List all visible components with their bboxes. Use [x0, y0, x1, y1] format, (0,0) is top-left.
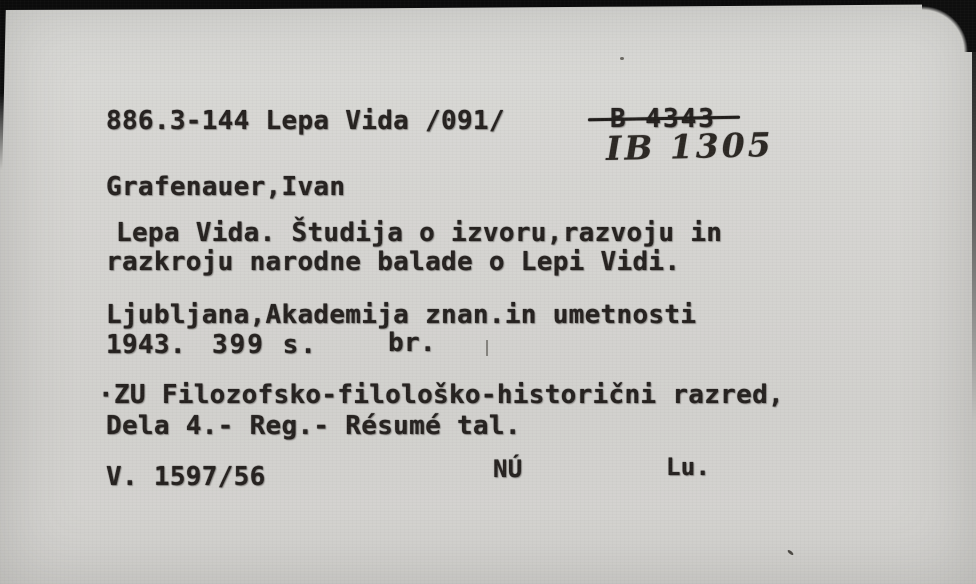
title-line-2: razkroju narodne balade o Lepi Vidi.	[106, 249, 680, 275]
paper-speck	[787, 549, 794, 556]
scan-edge-left	[0, 0, 6, 170]
location-stamp: NÚ	[493, 457, 523, 481]
scan-edge-top	[0, 0, 976, 10]
catalog-card: 886.3-144 Lepa Vida /091/ B 4343 IB 1305…	[0, 0, 976, 584]
imprint-place-publisher: Ljubljana,Akademija znan.in umetnosti	[106, 302, 696, 328]
new-shelfmark-handwritten: IB 1305	[606, 128, 774, 165]
series-note-line-1: ·ZU Filozofsko-filološko-historični razr…	[98, 382, 784, 408]
series-note-line-2: Dela 4.- Reg.- Résumé tal.	[106, 413, 521, 439]
imprint-binding: br.	[388, 330, 436, 356]
stray-ink-mark	[486, 340, 488, 356]
author-heading: Grafenauer,Ivan	[106, 174, 345, 200]
accession-number: V. 1597/56	[106, 464, 266, 490]
paper-speck	[620, 57, 624, 60]
call-number: 886.3-144 Lepa Vida /091/	[106, 108, 505, 134]
cataloguer-initials: Lu.	[666, 455, 710, 479]
imprint-pages: 399 s.	[212, 332, 318, 358]
title-line-1: Lepa Vida. Študija o izvoru,razvoju in	[116, 220, 722, 246]
imprint-year: 1943.	[106, 332, 186, 358]
scan-corner-top-right	[922, 0, 976, 52]
scan-edge-right	[972, 26, 976, 466]
